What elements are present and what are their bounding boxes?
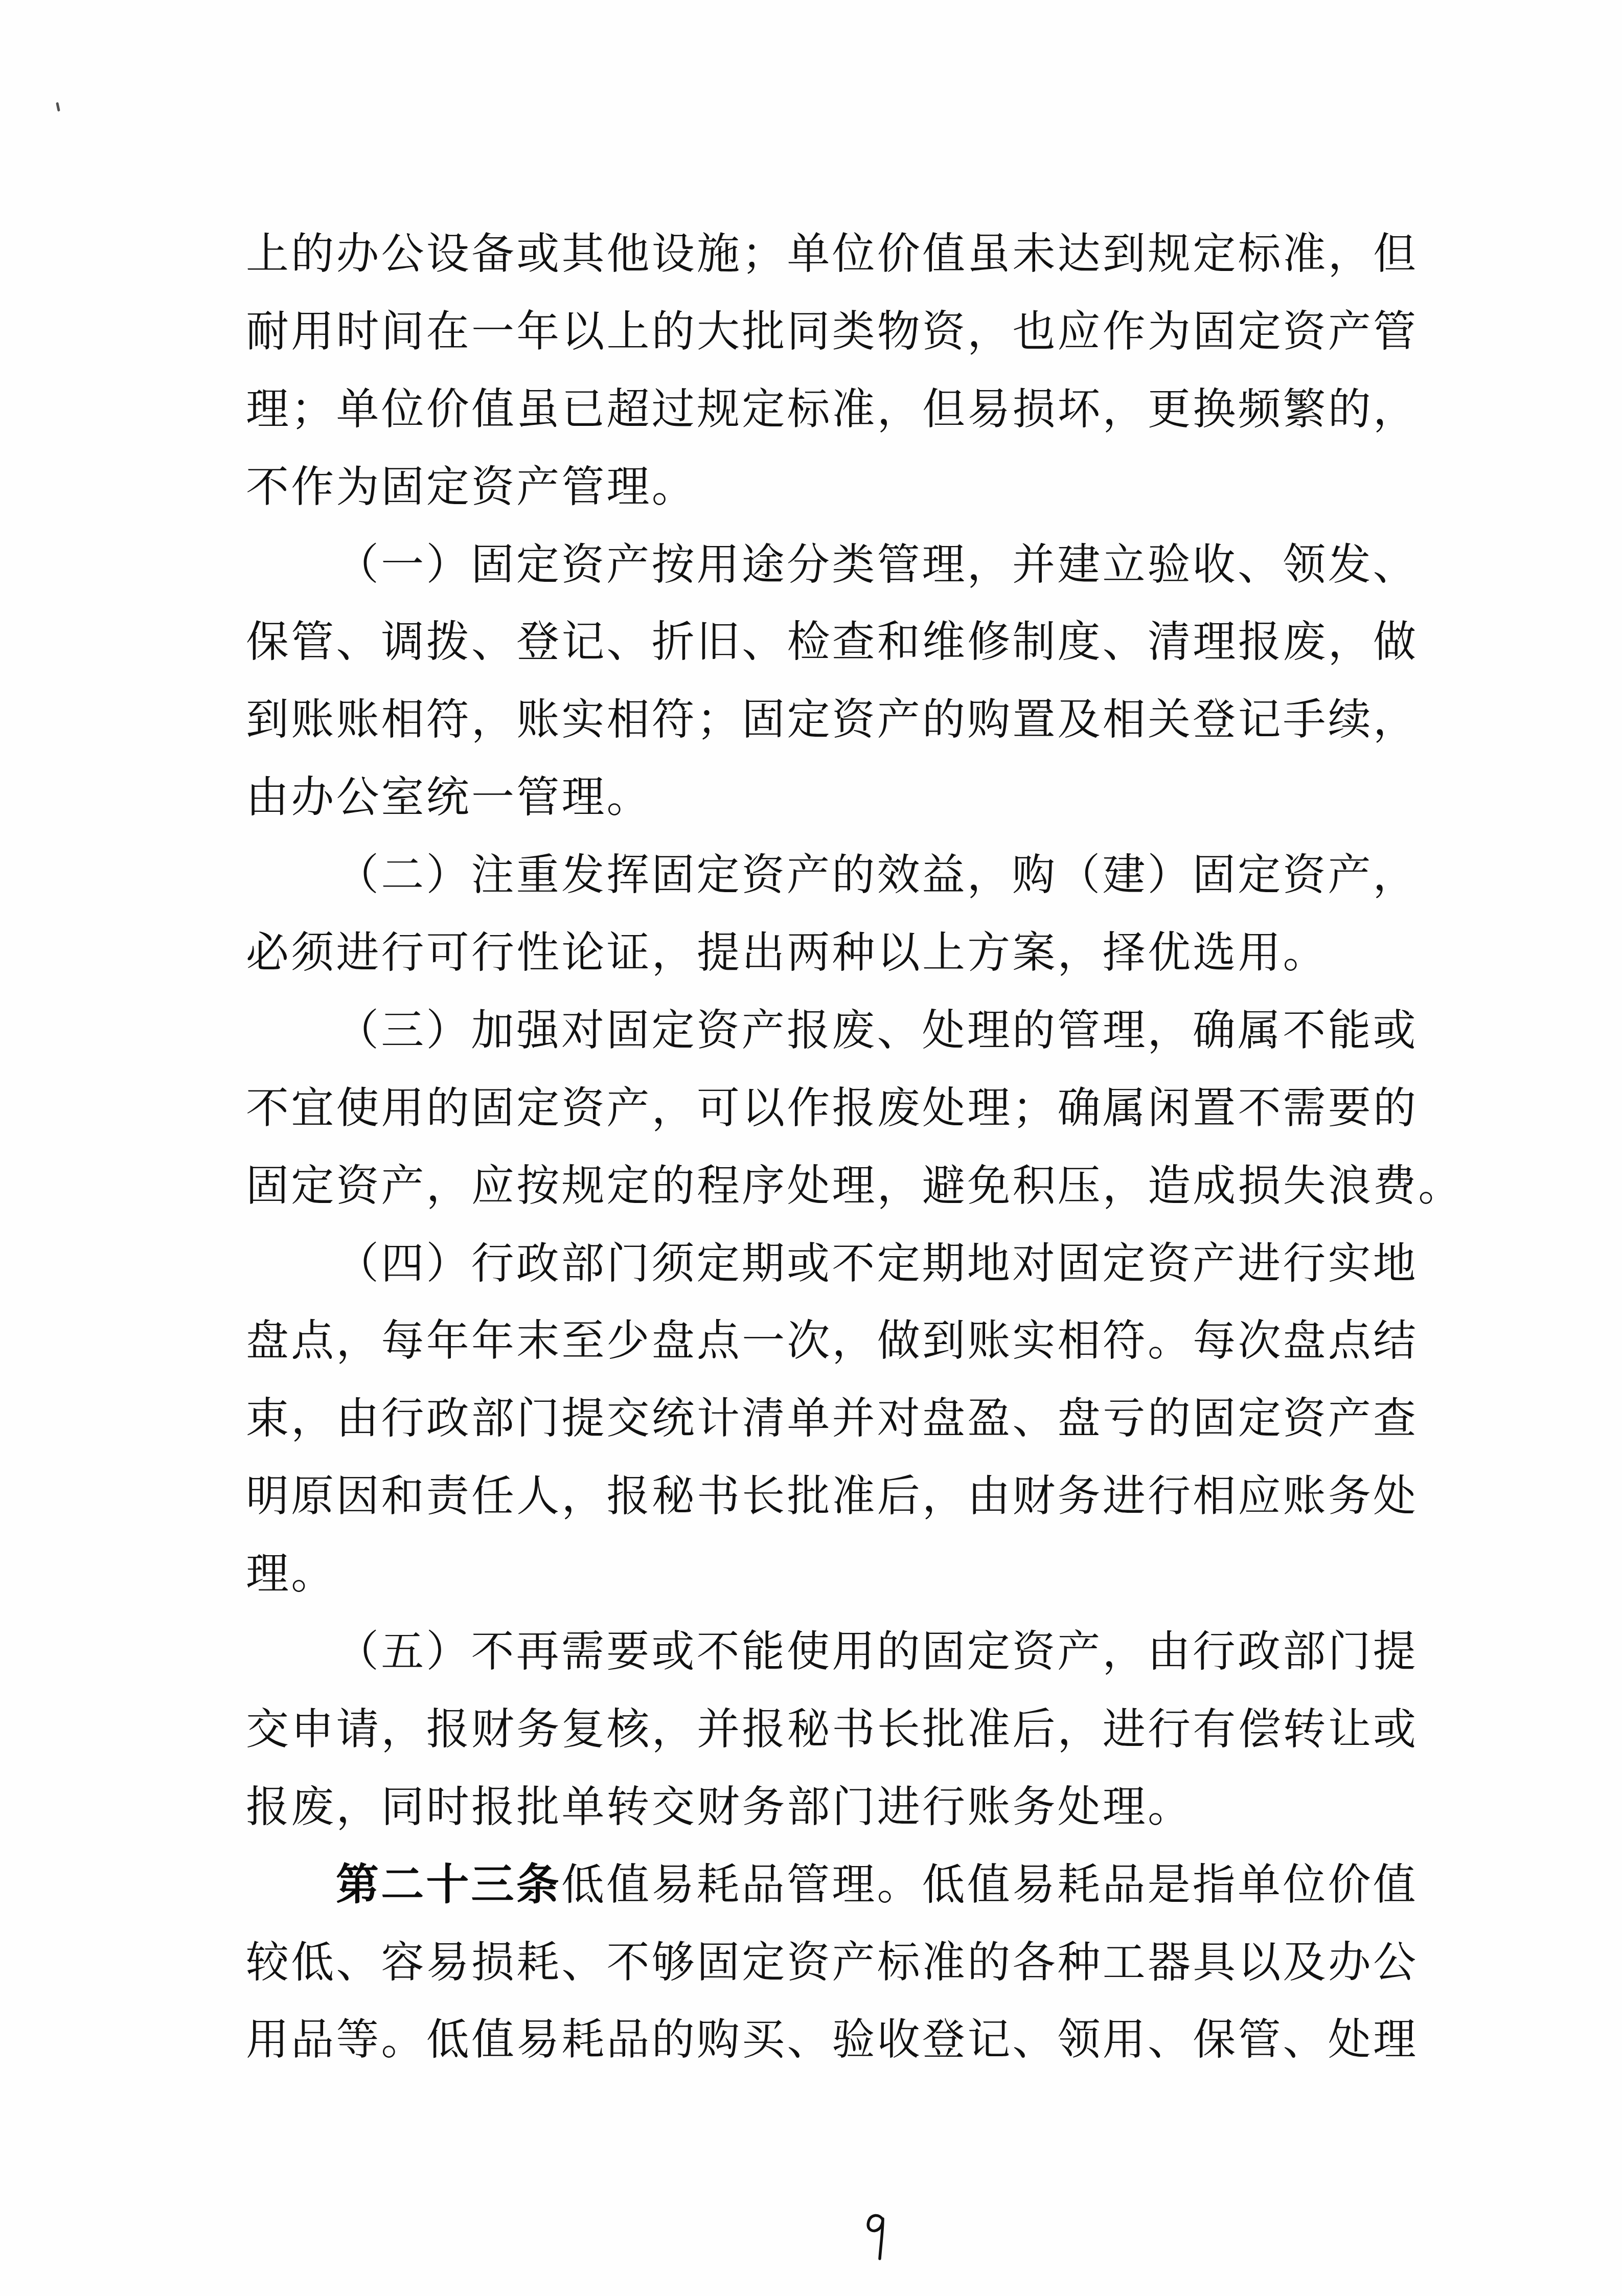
body-text: 上的办公设备或其他设施；单位价值虽未达到规定标准，但 耐用时间在一年以上的大批同… <box>246 215 1381 2079</box>
text-line: （四）行政部门须定期或不定期地对固定资产进行实地 <box>246 1225 1381 1303</box>
text-line: （三）加强对固定资产报废、处理的管理，确属不能或 <box>246 992 1381 1070</box>
text-line: 盘点，每年年末至少盘点一次，做到账实相符。每次盘点结 <box>246 1302 1381 1380</box>
handwritten-page-number-icon <box>861 2210 892 2266</box>
page-number: 9 <box>861 2210 892 2266</box>
text-line: 报废，同时报批单转交财务部门进行账务处理。 <box>246 1768 1381 1846</box>
text-line: 用品等。低值易耗品的购买、验收登记、领用、保管、处理 <box>246 2001 1381 2079</box>
paragraph-item-1: （一）固定资产按用途分类管理，并建立验收、领发、 保管、调拨、登记、折旧、检查和… <box>246 526 1381 837</box>
paragraph-item-5: （五）不再需要或不能使用的固定资产，由行政部门提 交申请，报财务复核，并报秘书长… <box>246 1613 1381 1846</box>
scan-artifact-mark <box>56 102 60 112</box>
text-line: （五）不再需要或不能使用的固定资产，由行政部门提 <box>246 1613 1381 1691</box>
paragraph-item-3: （三）加强对固定资产报废、处理的管理，确属不能或 不宜使用的固定资产，可以作报废… <box>246 992 1381 1225</box>
article-heading: 第二十三条 <box>336 1859 561 1909</box>
text-line: 束，由行政部门提交统计清单并对盘盈、盘亏的固定资产查 <box>246 1380 1381 1458</box>
article-first-line: 第二十三条低值易耗品管理。低值易耗品是指单位价值 <box>246 1846 1381 1924</box>
text-line: 到账账相符，账实相符；固定资产的购置及相关登记手续， <box>246 681 1381 759</box>
text-line: （二）注重发挥固定资产的效益，购（建）固定资产， <box>246 836 1381 914</box>
paragraph-continuation: 上的办公设备或其他设施；单位价值虽未达到规定标准，但 耐用时间在一年以上的大批同… <box>246 215 1381 526</box>
text-line: 固定资产，应按规定的程序处理，避免积压，造成损失浪费。 <box>246 1147 1381 1225</box>
document-page: 上的办公设备或其他设施；单位价值虽未达到规定标准，但 耐用时间在一年以上的大批同… <box>0 0 1622 2296</box>
text-line: 必须进行可行性论证，提出两种以上方案，择优选用。 <box>246 914 1381 992</box>
text-line: 不宜使用的固定资产，可以作报废处理；确属闲置不需要的 <box>246 1070 1381 1147</box>
text-line: （一）固定资产按用途分类管理，并建立验收、领发、 <box>246 526 1381 604</box>
text-line: 耐用时间在一年以上的大批同类物资，也应作为固定资产管 <box>246 293 1381 371</box>
text-line: 较低、容易损耗、不够固定资产标准的各种工器具以及办公 <box>246 1924 1381 2002</box>
text-line: 不作为固定资产管理。 <box>246 448 1381 526</box>
article-first-line-text: 低值易耗品管理。低值易耗品是指单位价值 <box>561 1859 1418 1909</box>
text-line: 交申请，报财务复核，并报秘书长批准后，进行有偿转让或 <box>246 1691 1381 1768</box>
text-line: 理。 <box>246 1535 1381 1613</box>
paragraph-article-23: 第二十三条低值易耗品管理。低值易耗品是指单位价值 较低、容易损耗、不够固定资产标… <box>246 1846 1381 2079</box>
paragraph-item-4: （四）行政部门须定期或不定期地对固定资产进行实地 盘点，每年年末至少盘点一次，做… <box>246 1225 1381 1613</box>
text-line: 保管、调拨、登记、折旧、检查和维修制度、清理报废，做 <box>246 603 1381 681</box>
text-line: 上的办公设备或其他设施；单位价值虽未达到规定标准，但 <box>246 215 1381 293</box>
text-line: 明原因和责任人，报秘书长批准后，由财务进行相应账务处 <box>246 1458 1381 1535</box>
paragraph-item-2: （二）注重发挥固定资产的效益，购（建）固定资产， 必须进行可行性论证，提出两种以… <box>246 836 1381 992</box>
text-line: 理；单位价值虽已超过规定标准，但易损坏，更换频繁的， <box>246 371 1381 448</box>
text-line: 由办公室统一管理。 <box>246 759 1381 836</box>
